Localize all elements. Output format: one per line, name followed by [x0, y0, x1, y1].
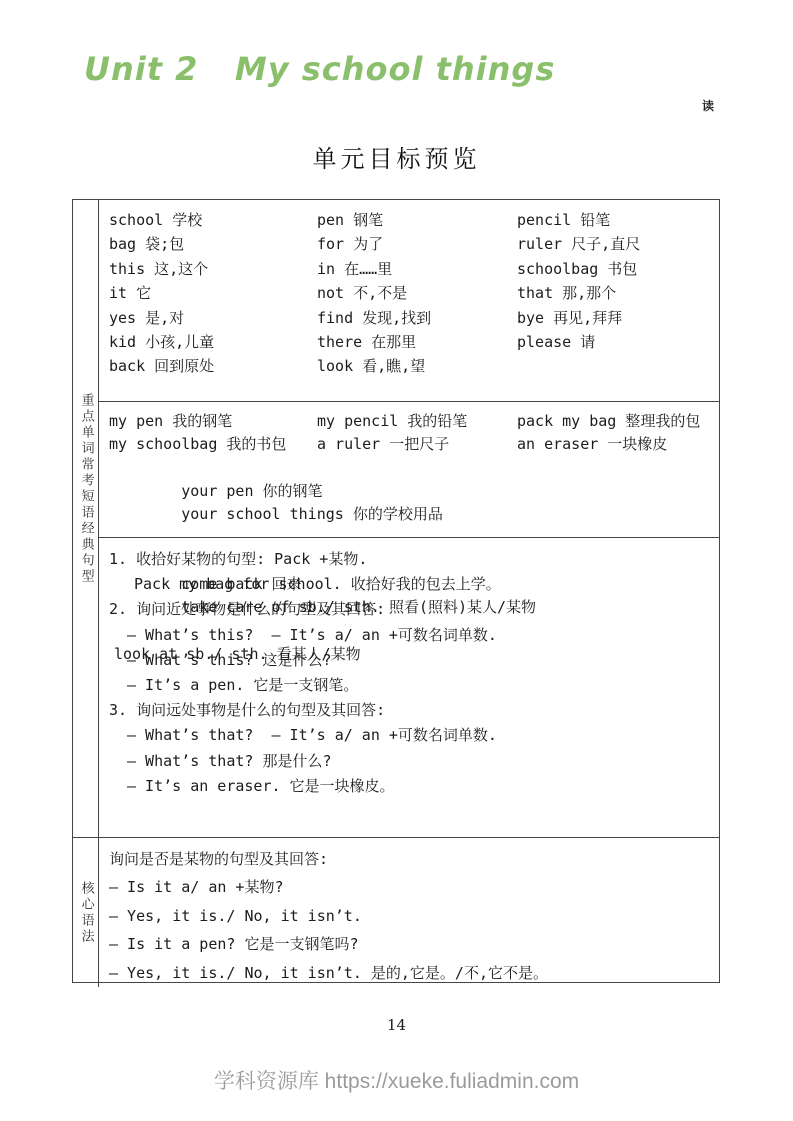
sidebar-cell-main: 重点单词常考短语经典句型 — [73, 200, 99, 837]
pattern-line: 2. 询问近处事物是什么的句型及其回答: — [109, 597, 719, 622]
phrase-cell: my pen 我的钢笔 — [109, 410, 317, 433]
vocab-cell: schoolbag 书包 — [517, 257, 719, 281]
section-phrases: my pen 我的钢笔 my pencil 我的铅笔 pack my bag 整… — [99, 401, 719, 537]
vocab-grid: school 学校 pen 钢笔 pencil 铅笔 bag 袋;包 for 为… — [109, 208, 719, 379]
vocab-cell: please 请 — [517, 330, 719, 354]
phrase-cell: your school things 你的学校用品 — [181, 505, 443, 523]
grammar-line: 询问是否是某物的句型及其回答: — [109, 845, 719, 873]
vocab-cell: this 这,这个 — [109, 257, 317, 281]
pattern-line: — What’s this? 这是什么? — [109, 648, 719, 673]
vocab-cell: pen 钢笔 — [317, 208, 517, 232]
phrase-grid: my pen 我的钢笔 my pencil 我的铅笔 pack my bag 整… — [109, 410, 719, 457]
phrase-cell: your pen 你的钢笔 — [181, 480, 439, 503]
vocab-cell: yes 是,对 — [109, 306, 317, 330]
vocab-cell: bag 袋;包 — [109, 232, 317, 256]
vocab-cell: kid 小孩,儿童 — [109, 330, 317, 354]
pattern-line: — What’s that? — It’s a/ an +可数名词单数. — [109, 723, 719, 748]
grammar-line: — Is it a pen? 它是一支钢笔吗? — [109, 930, 719, 958]
unit-overview-table: 重点单词常考短语经典句型 核心语法 school 学校 pen 钢笔 penci… — [72, 199, 720, 983]
grammar-line: — Yes, it is./ No, it isn’t. 是的,它是。/不,它不… — [109, 959, 719, 987]
vocab-cell: bye 再见,拜拜 — [517, 306, 719, 330]
footer-watermark: 学科资源库 https://xueke.fuliadmin.com — [0, 1065, 793, 1095]
phrase-cell: pack my bag 整理我的包 — [517, 410, 719, 433]
pattern-line: — What’s that? 那是什么? — [109, 749, 719, 774]
vocab-cell: that 那,那个 — [517, 281, 719, 305]
pattern-line: 1. 收拾好某物的句型: Pack +某物. — [109, 547, 719, 572]
vocab-cell: pencil 铅笔 — [517, 208, 719, 232]
phrase-cell: an eraser 一块橡皮 — [517, 433, 719, 456]
page-number: 14 — [0, 1016, 793, 1034]
phrase-cell: my schoolbag 我的书包 — [109, 433, 317, 456]
vocab-cell: not 不,不是 — [317, 281, 517, 305]
sidebar-label-grammar: 核心语法 — [78, 881, 92, 945]
document-page: Unit 2 My school things 读 单元目标预览 重点单词常考短… — [0, 0, 793, 1121]
pattern-line: — What’s this? — It’s a/ an +可数名词单数. — [109, 623, 719, 648]
section-sentence-patterns: 1. 收拾好某物的句型: Pack +某物. Pack my bag for s… — [99, 537, 719, 837]
page-title: Unit 2 My school things — [84, 50, 555, 88]
vocab-cell: school 学校 — [109, 208, 317, 232]
corner-mark: 读 — [702, 97, 714, 114]
sidebar-label-words-phrases-patterns: 重点单词常考短语经典句型 — [78, 393, 92, 585]
vocab-cell: it 它 — [109, 281, 317, 305]
section-subtitle: 单元目标预览 — [0, 139, 793, 174]
grammar-line: — Yes, it is./ No, it isn’t. — [109, 902, 719, 930]
pattern-line: 3. 询问远处事物是什么的句型及其回答: — [109, 698, 719, 723]
vocab-cell: find 发现,找到 — [317, 306, 517, 330]
pattern-line: — It’s an eraser. 它是一块橡皮。 — [109, 774, 719, 799]
pattern-line: — It’s a pen. 它是一支钢笔。 — [109, 673, 719, 698]
vocab-cell: look 看,瞧,望 — [317, 354, 517, 378]
vocab-cell: there 在那里 — [317, 330, 517, 354]
section-vocabulary: school 学校 pen 钢笔 pencil 铅笔 bag 袋;包 for 为… — [99, 200, 719, 401]
phrase-cell: my pencil 我的铅笔 — [317, 410, 517, 433]
vocab-cell: back 回到原处 — [109, 354, 317, 378]
phrase-cell: a ruler 一把尺子 — [317, 433, 517, 456]
vocab-cell: in 在……里 — [317, 257, 517, 281]
grammar-line: — Is it a/ an +某物? — [109, 873, 719, 901]
sidebar-cell-grammar: 核心语法 — [73, 837, 99, 987]
vocab-cell: for 为了 — [317, 232, 517, 256]
pattern-line: Pack my bag for school. 收拾好我的包去上学。 — [109, 572, 719, 597]
vocab-cell — [517, 354, 719, 378]
section-core-grammar: 询问是否是某物的句型及其回答: — Is it a/ an +某物? — Yes… — [99, 837, 719, 987]
phrase-line: your pen 你的钢笔 your school things 你的学校用品 — [109, 457, 719, 550]
vocab-cell: ruler 尺子,直尺 — [517, 232, 719, 256]
